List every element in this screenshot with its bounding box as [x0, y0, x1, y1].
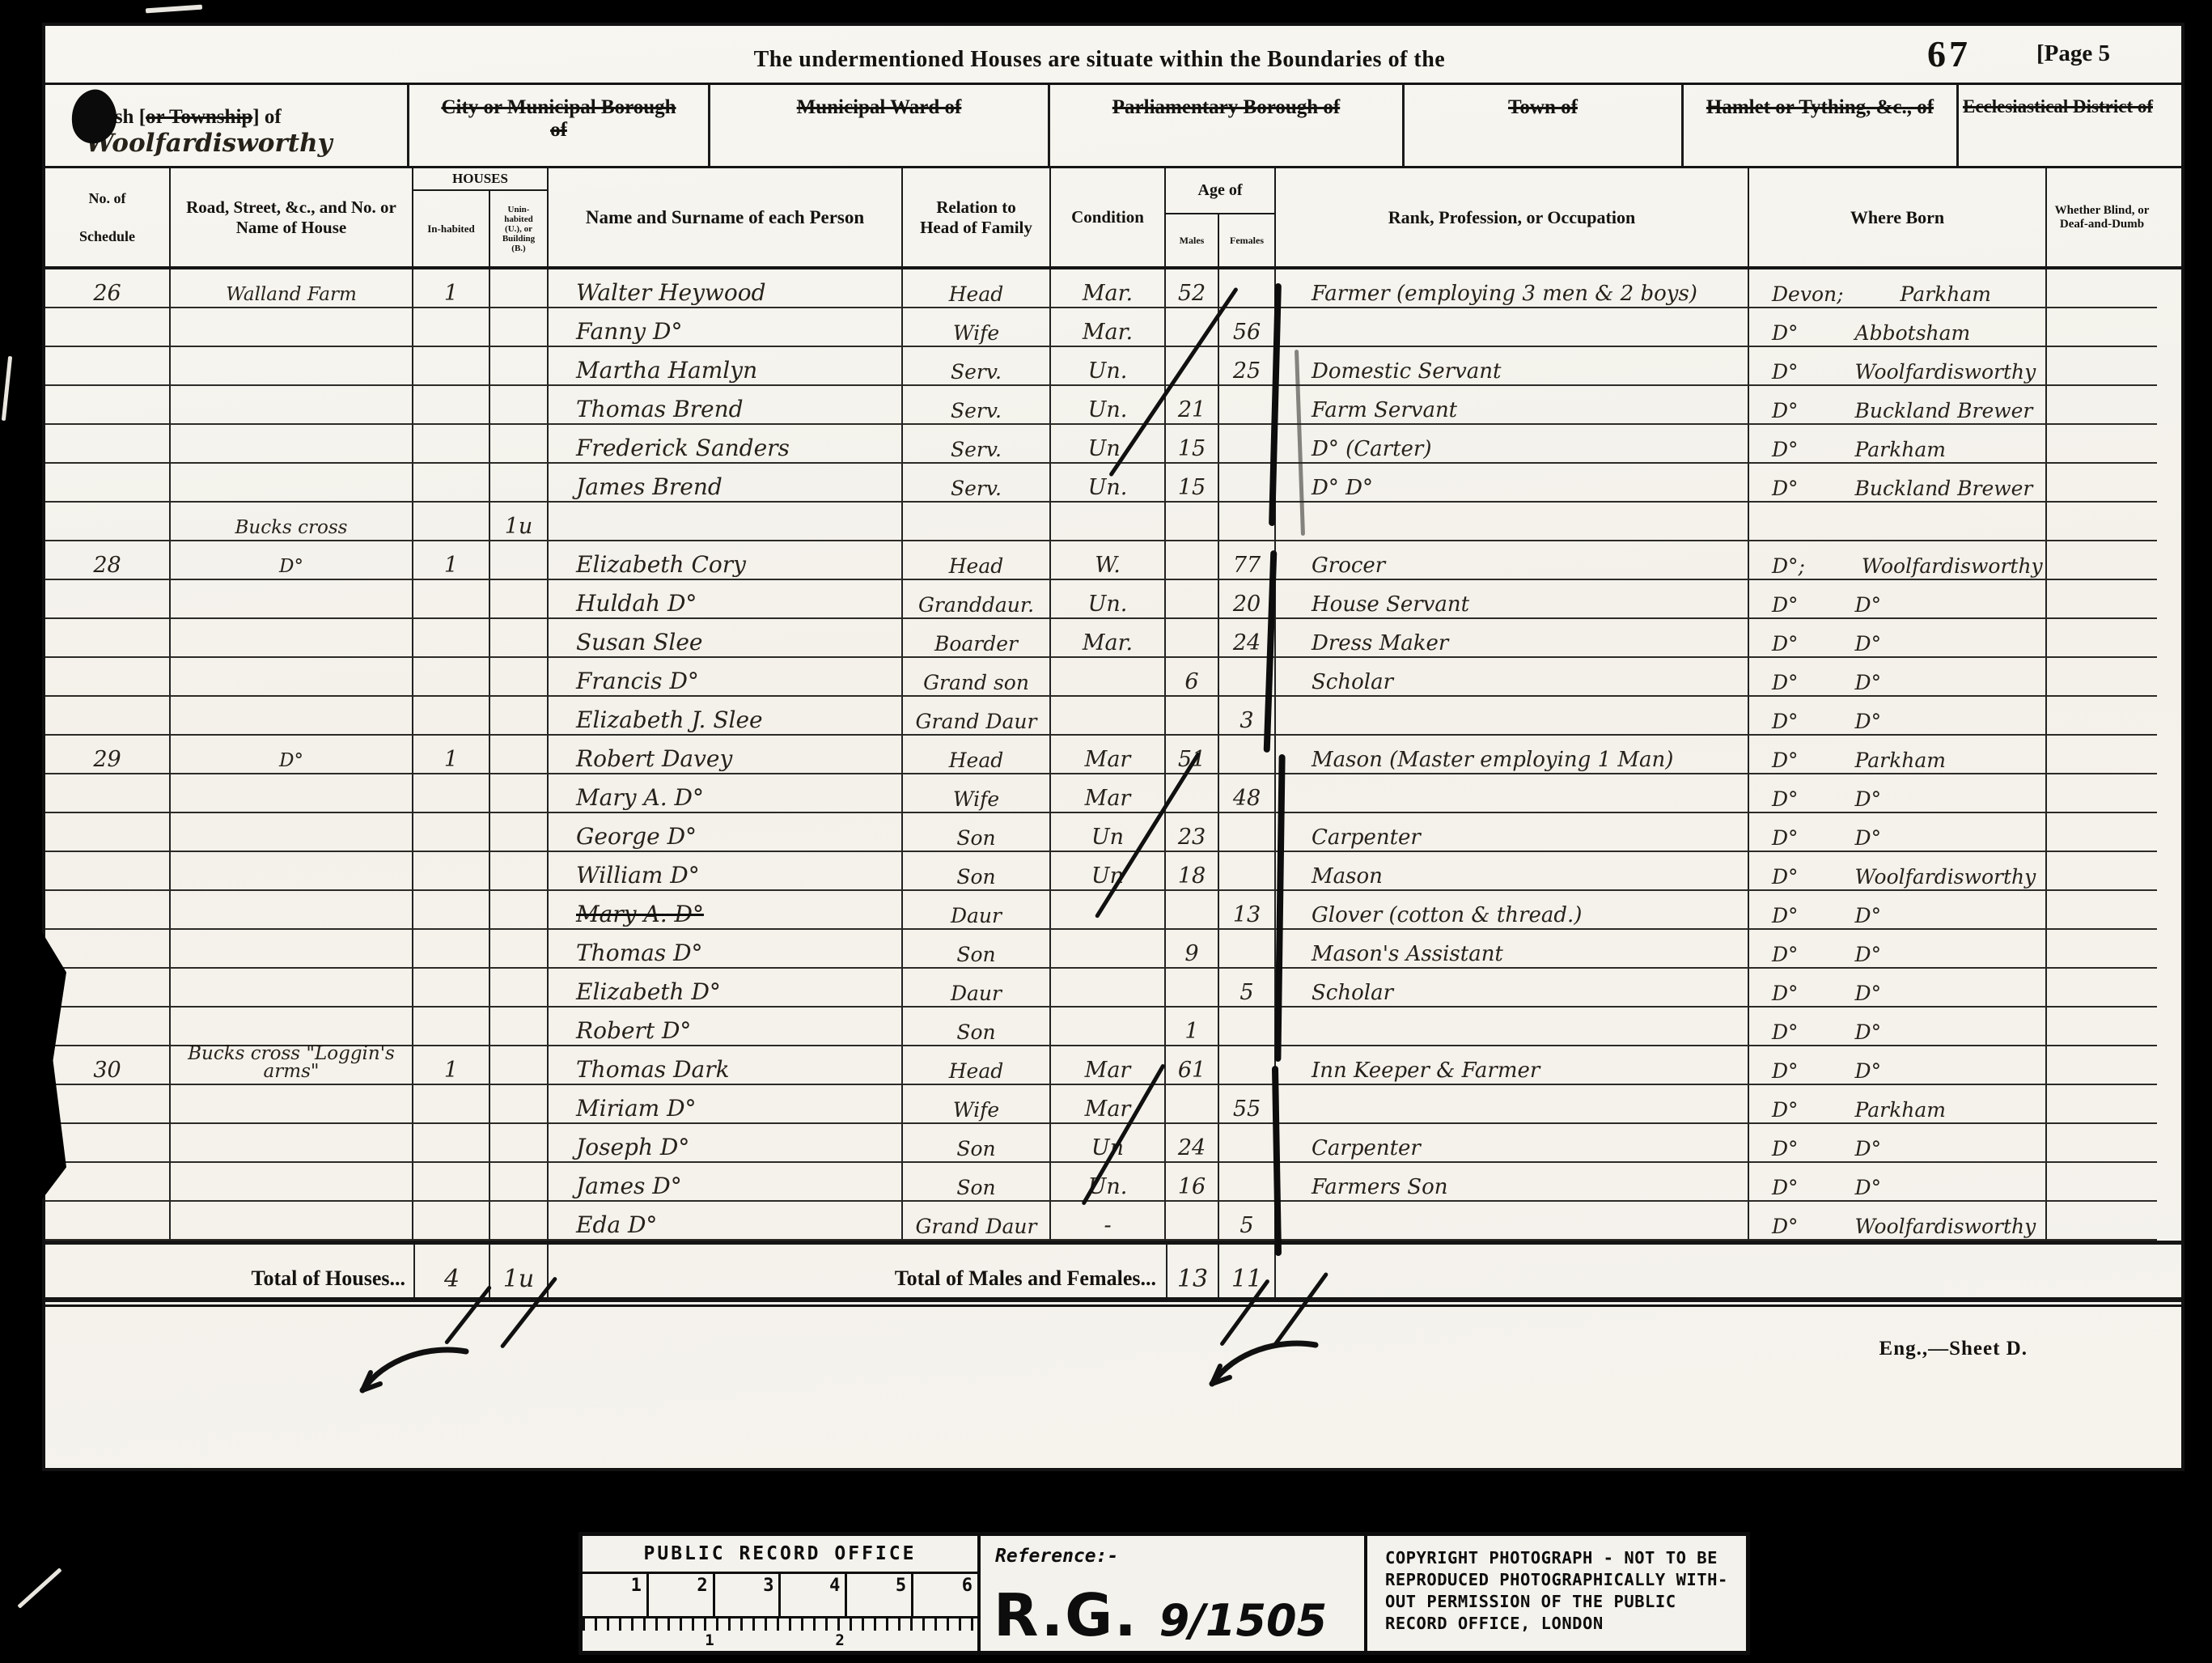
uninhabited-cell — [490, 541, 549, 580]
blind-cell — [2047, 1202, 2157, 1241]
table-row: Mary A. D° Wife Mar 48 D° D° — [45, 774, 2181, 813]
uninhabited-cell — [490, 1085, 549, 1124]
road-cell: Bucks cross — [171, 503, 413, 541]
schedule-cell — [45, 852, 171, 891]
blind-cell — [2047, 930, 2157, 969]
born-place: D° — [1855, 1139, 1882, 1159]
blind-cell — [2047, 736, 2157, 774]
table-row: Eda D° Grand Daur - 5 D° Woolfardisworth… — [45, 1202, 2181, 1241]
blind-cell — [2047, 891, 2157, 930]
road-cell — [171, 464, 413, 503]
condition-value: Mar — [1085, 1099, 1131, 1120]
born-county: D° — [1772, 479, 1799, 498]
age-male-cell: 61 — [1166, 1046, 1219, 1085]
born-place: D° — [1855, 1062, 1882, 1081]
age-male-value: 6 — [1184, 672, 1198, 693]
road-cell — [171, 1163, 413, 1202]
table-row: Fanny D° Wife Mar. 56 D° Abbotsham — [45, 308, 2181, 347]
age-female-cell: 5 — [1219, 1202, 1276, 1241]
relation-value: Head — [949, 1062, 1004, 1081]
relation-value: Boarder — [934, 634, 1018, 654]
inhabited-cell — [413, 503, 490, 541]
age-male-cell: 15 — [1166, 464, 1219, 503]
inhabited-cell: 1 — [413, 736, 490, 774]
age-male-cell — [1166, 891, 1219, 930]
occupation-value: Dress Maker — [1312, 634, 1448, 654]
blind-cell — [2047, 774, 2157, 813]
age-female-cell — [1219, 930, 1276, 969]
age-male-cell — [1166, 1085, 1219, 1124]
born-cell: D° Parkham — [1749, 1085, 2047, 1124]
uninhabited-cell — [490, 852, 549, 891]
born-county: D° — [1772, 1023, 1799, 1042]
condition-value: - — [1104, 1215, 1111, 1237]
district-col-parl-borough: Parliamentary Borough of — [1050, 85, 1405, 166]
occupation-value: Carpenter — [1312, 1139, 1421, 1159]
name-cell: Elizabeth D° — [549, 969, 903, 1008]
stamp-title: PUBLIC RECORD OFFICE — [583, 1536, 977, 1574]
road-cell — [171, 658, 413, 697]
uninhabited-cell — [490, 697, 549, 736]
born-county: D° — [1772, 363, 1799, 382]
pro-stamp: PUBLIC RECORD OFFICE 1 2 3 4 5 6 1 2 Ref… — [578, 1532, 1750, 1655]
inch-label: 1 — [705, 1631, 714, 1649]
relation-cell: Son — [903, 1008, 1051, 1046]
schedule-cell — [45, 891, 171, 930]
condition-cell — [1051, 503, 1166, 541]
occupation-cell — [1276, 774, 1749, 813]
inhabited-cell — [413, 891, 490, 930]
road-cell — [171, 619, 413, 658]
blind-cell — [2047, 813, 2157, 852]
district-col-eccl: Ecclesiastical District of — [1959, 85, 2157, 166]
page-title: The undermentioned Houses are situate wi… — [754, 47, 1446, 73]
uninhabited-cell — [490, 930, 549, 969]
condition-value: Un. — [1088, 400, 1128, 421]
inhabited-cell — [413, 969, 490, 1008]
age-male-value: 1 — [1184, 1021, 1198, 1042]
relation-value: Son — [956, 1178, 995, 1198]
name-cell: James D° — [549, 1163, 903, 1202]
occupation-cell: Farmer (employing 3 men & 2 boys) — [1276, 269, 1749, 308]
col-inhabited-label: In-habited — [427, 223, 475, 235]
schedule-cell — [45, 658, 171, 697]
relation-cell: Serv. — [903, 425, 1051, 464]
table-row: Susan Slee Boarder Mar. 24 Dress Maker D… — [45, 619, 2181, 658]
occupation-value: Mason — [1312, 867, 1383, 887]
occupation-cell — [1276, 503, 1749, 541]
age-female-cell: 55 — [1219, 1085, 1276, 1124]
born-county: D° — [1772, 712, 1799, 732]
relation-value: Serv. — [951, 363, 1002, 382]
born-place: Woolfardisworthy — [1855, 1217, 2036, 1237]
born-cell: D° D° — [1749, 969, 2047, 1008]
inch-label: 2 — [835, 1631, 844, 1649]
uninhabited-cell — [490, 969, 549, 1008]
relation-value: Wife — [953, 1101, 999, 1120]
occupation-value: Scholar — [1312, 983, 1393, 1003]
table-row: Joseph D° Son Un 24 Carpenter D° D° — [45, 1124, 2181, 1163]
inhabited-value: 1 — [444, 1060, 458, 1081]
born-place: D° — [1855, 712, 1882, 732]
stamp-ruler-panel: PUBLIC RECORD OFFICE 1 2 3 4 5 6 1 2 — [583, 1536, 981, 1651]
total-houses-uninhabited: 1u — [490, 1245, 549, 1297]
age-female-cell — [1219, 386, 1276, 425]
person-name: James Brend — [576, 477, 723, 498]
age-male-cell: 51 — [1166, 736, 1219, 774]
relation-cell: Son — [903, 813, 1051, 852]
schedule-cell — [45, 930, 171, 969]
person-name: James D° — [576, 1176, 682, 1198]
relation-cell: Son — [903, 930, 1051, 969]
inhabited-cell — [413, 930, 490, 969]
occupation-cell: Scholar — [1276, 658, 1749, 697]
born-county: D° — [1772, 751, 1799, 770]
inhabited-cell — [413, 580, 490, 619]
age-female-cell: 56 — [1219, 308, 1276, 347]
age-female-value: 5 — [1239, 1215, 1253, 1237]
col-females-label: Females — [1230, 235, 1264, 247]
occupation-value: Inn Keeper & Farmer — [1312, 1061, 1540, 1081]
born-place: Woolfardisworthy — [1855, 363, 2036, 382]
blind-cell — [2047, 1085, 2157, 1124]
col-condition: Condition — [1051, 168, 1166, 266]
born-county: D° — [1772, 673, 1799, 693]
blind-cell — [2047, 1124, 2157, 1163]
census-sheet: The undermentioned Houses are situate wi… — [42, 23, 2184, 1471]
col-males-label: Males — [1180, 235, 1205, 247]
occupation-cell: Domestic Servant — [1276, 347, 1749, 386]
col-occupation: Rank, Profession, or Occupation — [1276, 168, 1749, 266]
uninhabited-cell — [490, 580, 549, 619]
name-cell: Robert D° — [549, 1008, 903, 1046]
inhabited-cell — [413, 425, 490, 464]
person-name: Thomas Brend — [576, 399, 744, 421]
uninhabited-cell — [490, 658, 549, 697]
eccl-district-label: Ecclesiastical District of — [1963, 96, 2153, 117]
condition-cell — [1051, 697, 1166, 736]
col-males: Males — [1166, 214, 1219, 266]
age-female-cell — [1219, 1046, 1276, 1085]
col-blind-label: Whether Blind, or Deaf-and-Dumb — [2053, 204, 2151, 231]
person-name: Walter Heywood — [576, 282, 766, 304]
ruler-number: 3 — [763, 1576, 773, 1596]
person-name: Martha Hamlyn — [576, 360, 757, 382]
ruler-number: 6 — [962, 1576, 973, 1596]
person-name: Fanny D° — [576, 321, 682, 343]
condition-value: Un. — [1088, 361, 1128, 382]
born-place: Buckland Brewer — [1855, 401, 2033, 421]
table-row: Thomas Brend Serv. Un. 21 Farm Servant D… — [45, 386, 2181, 425]
total-mf-label: Total of Males and Females... — [549, 1245, 1166, 1297]
person-name: Mary A. D° — [576, 904, 704, 926]
age-female-value: 56 — [1233, 322, 1261, 343]
age-male-cell: 24 — [1166, 1124, 1219, 1163]
table-row: 29 D° 1 Robert Davey Head Mar 51 Mason (… — [45, 736, 2181, 774]
reference-label: Reference:- — [995, 1546, 1118, 1567]
schedule-number: 30 — [93, 1060, 121, 1081]
totals-row: Total of Houses... 4 1u Total of Males a… — [45, 1241, 2181, 1297]
condition-value: Un. — [1088, 594, 1128, 615]
person-name: Huldah D° — [576, 593, 697, 615]
uninhabited-cell — [490, 891, 549, 930]
relation-cell: Grand son — [903, 658, 1051, 697]
inhabited-cell — [413, 1124, 490, 1163]
name-cell: Thomas D° — [549, 930, 903, 969]
bottom-rule — [45, 1297, 2181, 1307]
blind-cell — [2047, 386, 2157, 425]
born-county: D° — [1772, 1217, 1799, 1237]
name-cell: Miriam D° — [549, 1085, 903, 1124]
relation-value: Son — [956, 1139, 995, 1159]
occupation-cell: Mason's Assistant — [1276, 930, 1749, 969]
name-cell: George D° — [549, 813, 903, 852]
road-cell — [171, 1008, 413, 1046]
ruler-inch-band: 1 2 — [583, 1618, 977, 1651]
born-cell: D° D° — [1749, 658, 2047, 697]
inhabited-cell — [413, 308, 490, 347]
relation-cell: Grand Daur — [903, 697, 1051, 736]
born-cell: D° D° — [1749, 697, 2047, 736]
person-name: Elizabeth D° — [576, 982, 721, 1003]
person-name: Robert Davey — [576, 749, 732, 770]
condition-cell — [1051, 1008, 1166, 1046]
name-cell: Huldah D° — [549, 580, 903, 619]
condition-cell — [1051, 658, 1166, 697]
age-female-cell: 48 — [1219, 774, 1276, 813]
relation-cell: Boarder — [903, 619, 1051, 658]
relation-cell: Wife — [903, 774, 1051, 813]
born-place: D° — [1855, 673, 1882, 693]
relation-cell: Daur — [903, 969, 1051, 1008]
town-label: Town of — [1508, 96, 1578, 119]
relation-value: Son — [956, 868, 995, 887]
age-female-value: 24 — [1233, 633, 1261, 654]
blind-cell — [2047, 464, 2157, 503]
relation-cell — [903, 503, 1051, 541]
col-relation: Relation to Head of Family — [903, 168, 1051, 266]
total-houses-inhabited: 4 — [413, 1245, 490, 1297]
road-name: Walland Farm — [226, 286, 357, 304]
road-cell: Bucks cross "Loggin's arms" — [171, 1046, 413, 1085]
condition-value: W. — [1095, 555, 1121, 576]
table-row: 26 Walland Farm 1 Walter Heywood Head Ma… — [45, 269, 2181, 308]
born-place: Buckland Brewer — [1855, 479, 2033, 498]
sheet-note: Eng.,—Sheet D. — [1879, 1338, 2028, 1360]
person-name: Robert D° — [576, 1020, 691, 1042]
age-female-value: 55 — [1233, 1099, 1261, 1120]
ruler-number: 2 — [697, 1576, 707, 1596]
occupation-value: Grocer — [1312, 556, 1385, 576]
relation-value: Son — [956, 829, 995, 848]
inhabited-cell: 1 — [413, 1046, 490, 1085]
age-male-cell: 6 — [1166, 658, 1219, 697]
born-cell: Devon; Parkham — [1749, 269, 2047, 308]
occupation-cell — [1276, 1008, 1749, 1046]
age-male-value: 15 — [1178, 439, 1206, 460]
road-cell — [171, 969, 413, 1008]
relation-value: Serv. — [951, 401, 1002, 421]
person-name: Elizabeth Cory — [576, 554, 746, 576]
age-female-cell — [1219, 1163, 1276, 1202]
age-male-value: 61 — [1178, 1060, 1206, 1081]
houses-subcolumns: In-habited Unin-habited (U.), or Buildin… — [413, 191, 547, 266]
table-row: Martha Hamlyn Serv. Un. 25 Domestic Serv… — [45, 347, 2181, 386]
district-col-ward: Municipal Ward of — [710, 85, 1050, 166]
blind-cell — [2047, 347, 2157, 386]
age-male-cell: 9 — [1166, 930, 1219, 969]
relation-value: Wife — [953, 790, 999, 809]
inhabited-cell — [413, 1202, 490, 1241]
reference-value: R.G. 9/1505 — [994, 1581, 1327, 1649]
age-female-value: 20 — [1233, 594, 1261, 615]
condition-cell: Un. — [1051, 1163, 1166, 1202]
occupation-cell: Carpenter — [1276, 1124, 1749, 1163]
condition-cell: Mar. — [1051, 308, 1166, 347]
age-female-value: 3 — [1239, 711, 1253, 732]
born-cell: D° D° — [1749, 1163, 2047, 1202]
road-cell — [171, 580, 413, 619]
condition-cell — [1051, 969, 1166, 1008]
film-speck — [17, 1568, 61, 1609]
parl-borough-label: Parliamentary Borough of — [1112, 96, 1340, 119]
born-county: D° — [1772, 790, 1799, 809]
relation-cell: Serv. — [903, 386, 1051, 425]
blind-cell — [2047, 503, 2157, 541]
person-name: Eda D° — [576, 1215, 657, 1237]
age-female-value: 77 — [1233, 555, 1261, 576]
uninhabited-cell — [490, 813, 549, 852]
occupation-cell: Inn Keeper & Farmer — [1276, 1046, 1749, 1085]
relation-cell: Head — [903, 269, 1051, 308]
relation-cell: Granddaur. — [903, 580, 1051, 619]
uninhabited-cell — [490, 386, 549, 425]
uninhabited-value: 1u — [505, 516, 533, 537]
schedule-cell — [45, 697, 171, 736]
condition-cell: Un. — [1051, 425, 1166, 464]
table-row: Mary A. D° Daur 13 Glover (cotton & thre… — [45, 891, 2181, 930]
name-cell: Francis D° — [549, 658, 903, 697]
relation-value: Wife — [953, 324, 999, 343]
born-cell: D° D° — [1749, 619, 2047, 658]
tick-mark-icon — [353, 1337, 474, 1402]
occupation-cell: Farmers Son — [1276, 1163, 1749, 1202]
name-cell: Mary A. D° — [549, 891, 903, 930]
col-uninhabited-label: Unin-habited (U.), or Building (B.) — [495, 205, 542, 253]
born-place: Woolfardisworthy — [1862, 557, 2043, 576]
inhabited-cell — [413, 347, 490, 386]
road-name: D° — [279, 753, 303, 770]
born-place: D° — [1855, 984, 1882, 1003]
film-speck — [146, 5, 202, 14]
born-cell: D° Woolfardisworthy — [1749, 347, 2047, 386]
occupation-cell: Glover (cotton & thread.) — [1276, 891, 1749, 930]
total-females-value: 11 — [1231, 1268, 1262, 1292]
inhabited-value: 1 — [444, 749, 458, 770]
born-county: Devon; — [1772, 285, 1844, 304]
road-cell — [171, 1202, 413, 1241]
district-col-town: Town of — [1405, 85, 1684, 166]
person-name: Elizabeth J. Slee — [576, 710, 763, 732]
schedule-cell — [45, 1008, 171, 1046]
age-female-cell: 13 — [1219, 891, 1276, 930]
born-county: D° — [1772, 440, 1799, 460]
stamp-copyright-panel: COPYRIGHT PHOTOGRAPH - NOT TO BE REPRODU… — [1367, 1536, 1746, 1651]
condition-cell: Un. — [1051, 580, 1166, 619]
relation-value: Head — [949, 751, 1004, 770]
born-cell: D° D° — [1749, 930, 2047, 969]
name-cell: Susan Slee — [549, 619, 903, 658]
occupation-cell — [1276, 1202, 1749, 1241]
age-male-cell: 21 — [1166, 386, 1219, 425]
col-inhabited: In-habited — [413, 191, 490, 266]
road-cell: D° — [171, 541, 413, 580]
occupation-cell: D° (Carter) — [1276, 425, 1749, 464]
copyright-line: COPYRIGHT PHOTOGRAPH - NOT TO BE — [1385, 1547, 1746, 1569]
occupation-cell — [1276, 697, 1749, 736]
born-county: D° — [1772, 984, 1799, 1003]
born-cell: D°; Woolfardisworthy — [1749, 541, 2047, 580]
schedule-number: 28 — [93, 555, 121, 576]
born-county: D° — [1772, 945, 1799, 965]
col-name: Name and Surname of each Person — [549, 168, 903, 266]
condition-value: Un. — [1088, 477, 1128, 498]
inhabited-value: 1 — [444, 283, 458, 304]
condition-value: Mar — [1085, 1060, 1131, 1081]
born-place: D° — [1855, 906, 1882, 926]
road-cell — [171, 852, 413, 891]
age-female-cell — [1219, 813, 1276, 852]
copyright-line: REPRODUCED PHOTOGRAPHICALLY WITH- — [1385, 1569, 1746, 1591]
inhabited-cell — [413, 1085, 490, 1124]
relation-value: Daur — [951, 906, 1002, 926]
ruler-cell: 6 — [913, 1574, 977, 1616]
occupation-value: Domestic Servant — [1312, 362, 1501, 382]
census-photograph: { "page": { "header_title": "The underme… — [0, 0, 2212, 1663]
road-cell — [171, 425, 413, 464]
table-row: Elizabeth J. Slee Grand Daur 3 D° D° — [45, 697, 2181, 736]
occupation-value: Carpenter — [1312, 828, 1421, 848]
condition-value: Mar. — [1083, 633, 1133, 654]
blind-cell — [2047, 580, 2157, 619]
schedule-cell: 29 — [45, 736, 171, 774]
road-cell: D° — [171, 736, 413, 774]
ruler-cell: 3 — [715, 1574, 782, 1616]
col-uninhabited: Unin-habited (U.), or Building (B.) — [490, 191, 547, 266]
age-female-cell — [1219, 503, 1276, 541]
name-cell: Frederick Sanders — [549, 425, 903, 464]
occupation-value: D° (Carter) — [1312, 439, 1431, 460]
district-col-hamlet: Hamlet or Tything, &c., of — [1684, 85, 1959, 166]
age-male-value: 52 — [1178, 283, 1206, 304]
age-male-cell — [1166, 503, 1219, 541]
ruler-ticks — [583, 1618, 977, 1631]
table-row: Miriam D° Wife Mar 55 D° Parkham — [45, 1085, 2181, 1124]
born-county: D° — [1772, 1062, 1799, 1081]
born-county: D° — [1772, 1178, 1799, 1198]
relation-value: Son — [956, 945, 995, 965]
occupation-cell — [1276, 308, 1749, 347]
born-place: D° — [1855, 945, 1882, 965]
road-cell — [171, 697, 413, 736]
blind-cell — [2047, 1046, 2157, 1085]
col-occupation-label: Rank, Profession, or Occupation — [1388, 207, 1635, 228]
borough-label: City or Municipal Borough of — [438, 96, 680, 142]
blind-cell — [2047, 1008, 2157, 1046]
born-county: D° — [1772, 1101, 1799, 1120]
born-county: D° — [1772, 906, 1799, 926]
age-male-cell — [1166, 969, 1219, 1008]
